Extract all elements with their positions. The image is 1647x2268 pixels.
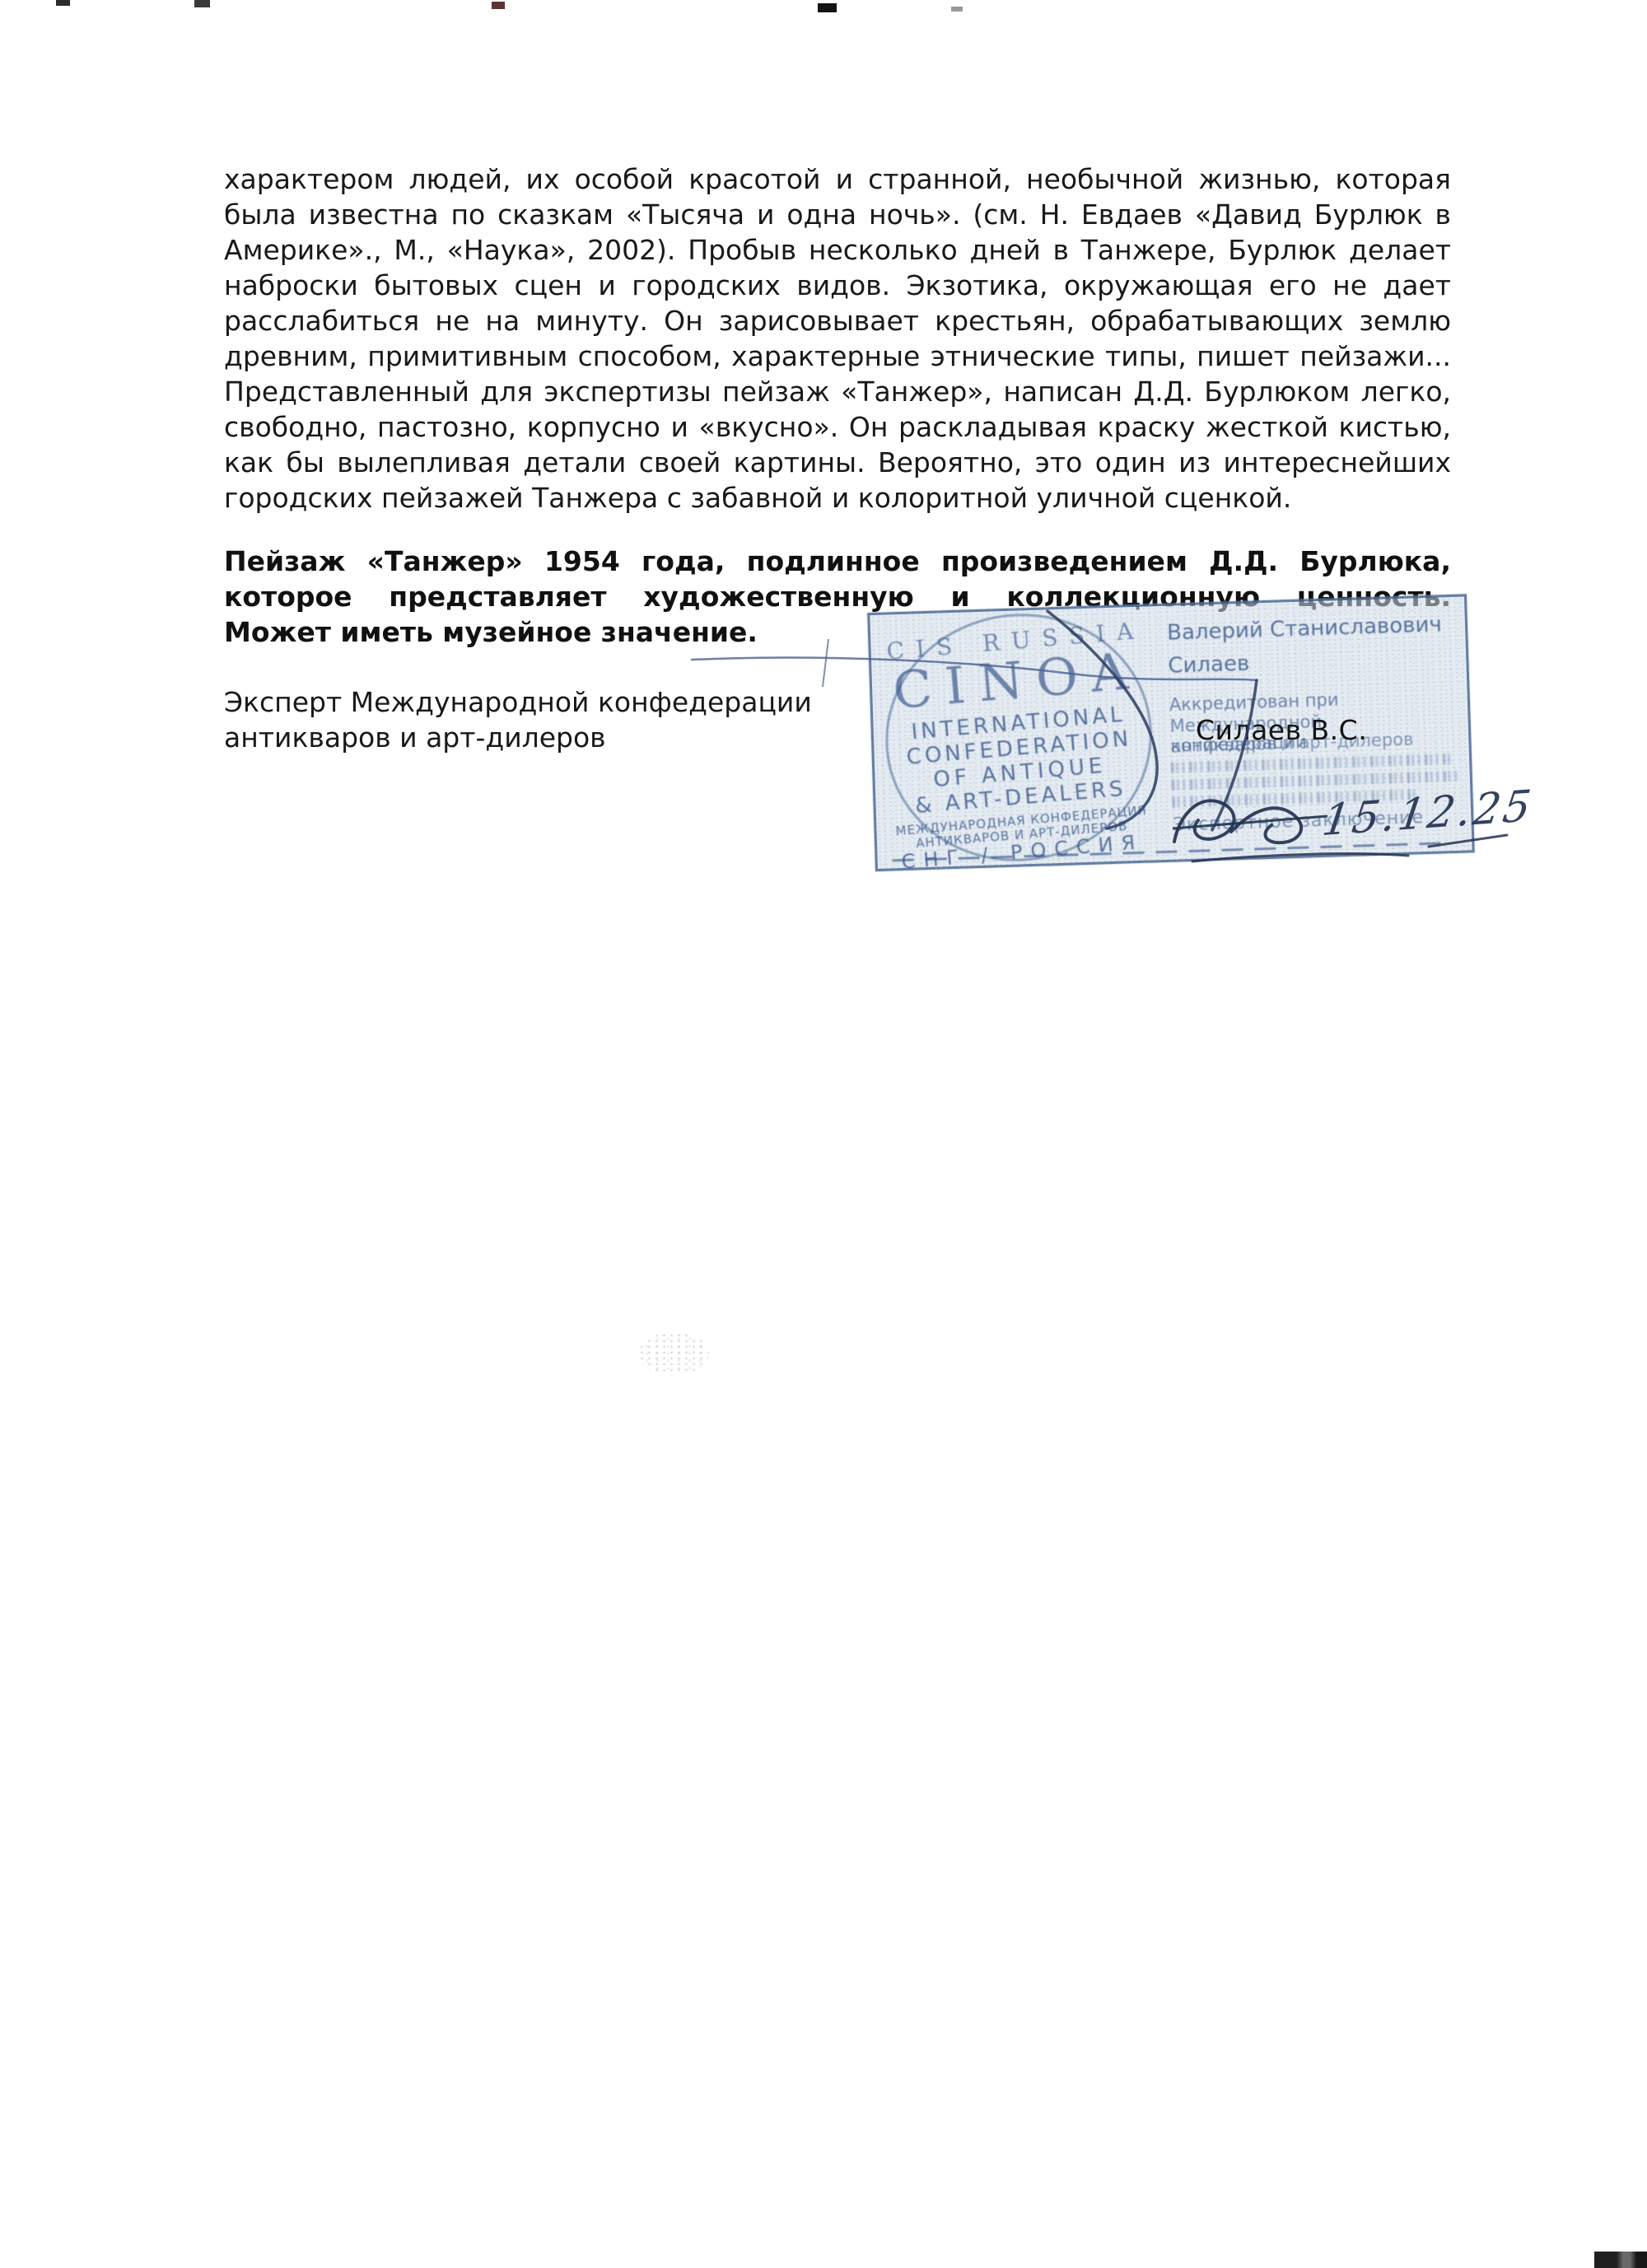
expert-attribution: Эксперт Международной конфедерации антик… <box>224 684 965 755</box>
stamp-expert-firstname: Валерий Станиславович <box>1167 612 1461 646</box>
body-line: характером людей, их особой красотой и с… <box>224 161 1451 197</box>
body-line: Америке»., М., «Наука», 2002). Пробыв не… <box>224 232 1451 268</box>
stamp-expert-surname: Силаев <box>1168 645 1462 679</box>
scan-artifact <box>194 0 210 7</box>
body-line: была известна по сказкам «Тысяча и одна … <box>224 197 1451 232</box>
scan-artifact <box>818 3 837 12</box>
body-line: как бы вылепливая детали своей картины. … <box>224 445 1451 480</box>
stamp-illegible-line <box>1171 754 1453 773</box>
body-paragraph: характером людей, их особой красотой и с… <box>224 161 1451 516</box>
scan-speckle <box>638 1332 709 1375</box>
scan-artifact <box>56 0 70 6</box>
scan-artifact <box>951 7 963 12</box>
body-line: древним, примитивным способом, характерн… <box>224 338 1451 374</box>
stamp-illegible-line <box>1172 771 1462 791</box>
expert-name-printed: Силаев В.С. <box>1196 714 1367 746</box>
expert-line: антикваров и арт-дилеров <box>224 720 965 755</box>
conclusion-line: Пейзаж «Танжер» 1954 года, подлинное про… <box>224 544 1451 579</box>
scanned-document-page: характером людей, их особой красотой и с… <box>0 0 1647 2268</box>
scan-artifact-corner <box>1594 2252 1647 2268</box>
scan-artifact <box>492 2 505 9</box>
body-line: городских пейзажей Танжера с забавной и … <box>224 480 1451 516</box>
body-line: наброски бытовых сцен и городских видов.… <box>224 268 1451 303</box>
body-line: свободно, пастозно, корпусно и «вкусно».… <box>224 409 1451 445</box>
body-line: расслабиться не на минуту. Он зарисовыва… <box>224 303 1451 338</box>
expert-line: Эксперт Международной конфедерации <box>224 684 965 720</box>
body-line: Представленный для экспертизы пейзаж «Та… <box>224 374 1451 409</box>
